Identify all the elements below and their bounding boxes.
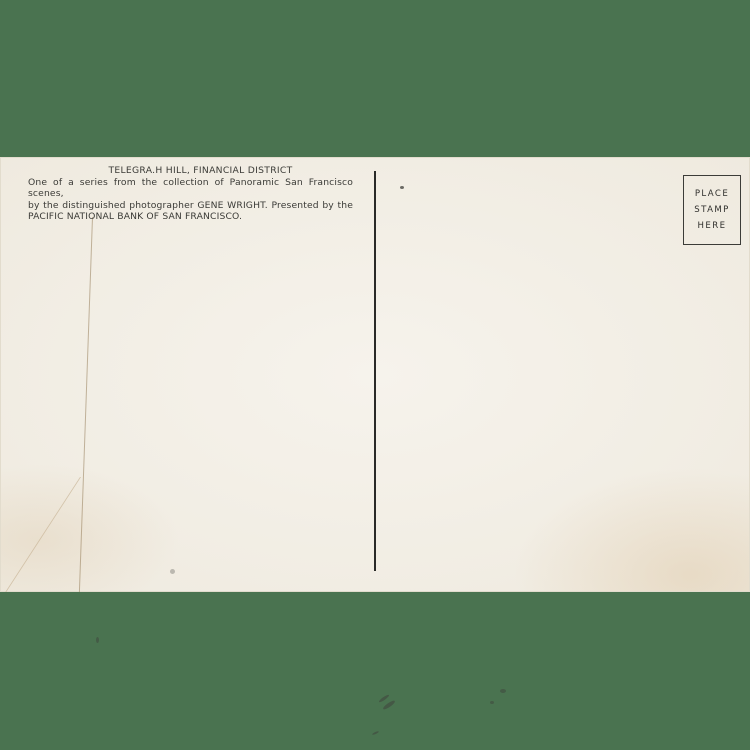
ink-spot (400, 186, 404, 189)
ink-smudge (490, 701, 494, 704)
ink-smudge (170, 569, 175, 574)
caption-line-1: One of a series from the collection of P… (28, 177, 353, 200)
paper-crease-corner (0, 477, 81, 592)
stamp-box-line-1: PLACE (695, 189, 729, 199)
stamp-box: PLACE STAMP HERE (683, 175, 741, 245)
caption-line-3: PACIFIC NATIONAL BANK OF SAN FRANCISCO. (28, 211, 353, 223)
caption-line-2: by the distinguished photographer GENE W… (28, 200, 353, 212)
caption-title: TELEGRA.H HILL, FINANCIAL DISTRICT (28, 165, 353, 177)
stamp-box-line-3: HERE (698, 221, 727, 231)
postcard-caption: TELEGRA.H HILL, FINANCIAL DISTRICT One o… (28, 165, 353, 223)
ink-smudge (500, 689, 506, 693)
paper-crease (79, 217, 96, 592)
ink-smudge (382, 699, 396, 710)
ink-smudge (372, 731, 379, 736)
address-divider-line (374, 171, 376, 571)
postcard-back: TELEGRA.H HILL, FINANCIAL DISTRICT One o… (0, 157, 750, 592)
stamp-box-line-2: STAMP (694, 205, 730, 215)
ink-smudge (96, 637, 99, 643)
